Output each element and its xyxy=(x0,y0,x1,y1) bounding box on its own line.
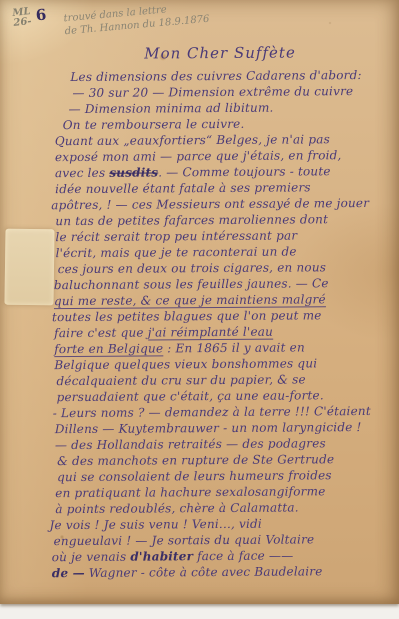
letter-text-segment: idée nouvelle étant fatale à ses premier… xyxy=(55,180,311,196)
letter-text-segment: en pratiquant la hachure sexalosangiform… xyxy=(55,484,325,500)
letter-text-segment: Les dimensions des cuivres Cadarens d'ab… xyxy=(70,68,361,84)
letter-text-segment: persuadaient que c'était, ça une eau-for… xyxy=(57,388,324,404)
letter-text-segment: baluchonnant sous les feuilles jaunes. —… xyxy=(54,276,329,292)
letter-text-segment: & des manchots en rupture de Ste Gertrud… xyxy=(57,452,334,468)
letter-text-segment: face à face —— xyxy=(193,549,293,564)
letter-text-segment: : En 1865 il y avait en xyxy=(163,340,305,355)
letter-text-segment: un tas de petites fafarces maroliennes d… xyxy=(55,212,328,228)
letter-text-segment: Quant aux „eauxfortiers“ Belges, je n'ai… xyxy=(55,132,330,148)
letter-body-lines: Les dimensions des cuivres Cadarens d'ab… xyxy=(46,67,399,581)
letter-text-segment: On te remboursera le cuivre. xyxy=(63,117,245,132)
letter-text-segment: Je vois ! Je suis venu ! Veni..., vidi xyxy=(49,517,262,532)
letter-text-segment: Dillens — Kuytembrauwer - un nom laryngi… xyxy=(55,420,362,436)
letter-text-segment: forte en Belgique xyxy=(54,341,163,357)
letter-text-segment: l'écrit, mais que je te raconterai un de xyxy=(56,244,297,260)
letter-text-segment: engueulavi ! — Je sortais du quai Voltai… xyxy=(54,532,315,548)
letter-paper: ML 26- 6 trouvé dans la lettre de Th. Ha… xyxy=(0,0,399,604)
letter-text-segment: de — xyxy=(52,566,85,580)
letter-text-segment: Wagner - côte à côte avec Baudelaire xyxy=(85,564,323,580)
letter-line: apôtres, ! — ces Messieurs ont essayé de… xyxy=(47,195,396,213)
letter-line: de — Wagner - côte à côte avec Baudelair… xyxy=(50,563,399,581)
letter-text-segment: d'habiter xyxy=(130,549,193,563)
catalog-pencil-line2: 26- xyxy=(13,17,32,29)
letter-text-segment: faire c'est que xyxy=(54,326,148,341)
letter-body: Mon Cher Suffète Les dimensions des cuiv… xyxy=(46,43,399,581)
letter-text-segment: . — Comme toujours - toute xyxy=(158,164,331,179)
letter-text-segment: où je venais xyxy=(52,550,131,565)
salutation: Mon Cher Suffète xyxy=(46,43,395,63)
letter-line: — 30 sur 20 — Dimension extrême du cuivr… xyxy=(46,83,395,101)
catalog-number: ML 26- 6 xyxy=(12,7,32,29)
letter-text-segment: — 30 sur 20 — Dimension extrême du cuivr… xyxy=(72,84,353,100)
letter-text-segment: à points redoublés, chère à Calamatta. xyxy=(55,500,298,516)
letter-scan: { "page": { "kind": "handwritten manuscr… xyxy=(0,0,399,619)
letter-text-segment: le récit serait trop peu intéressant par xyxy=(55,228,297,244)
letter-text-segment: susdits xyxy=(109,165,158,179)
letter-text-segment: avec les xyxy=(55,166,109,180)
letter-text-segment: qui se consolaient de leurs humeurs froi… xyxy=(57,468,332,484)
pencil-annotation: trouvé dans la lettre de Th. Hannon du 1… xyxy=(63,0,210,38)
letter-text-segment: — Dimension minima ad libitum. xyxy=(69,101,274,116)
letter-text-segment: Belgique quelques vieux bonshommes qui xyxy=(54,356,317,372)
letter-text-segment: ces jours en deux ou trois cigares, en n… xyxy=(58,260,326,276)
letter-line: Dillens — Kuytembrauwer - un nom laryngi… xyxy=(49,419,398,437)
letter-text-segment: décalquaient du cru sur du papier, & se xyxy=(56,372,305,388)
letter-text-segment: - Leurs noms ? — demandez à la terre !!!… xyxy=(53,404,371,420)
letter-text-segment: apôtres, ! — ces Messieurs ont essayé de… xyxy=(51,196,369,212)
letter-text-segment: j'ai réimplanté l'eau xyxy=(148,325,273,341)
catalog-ink-number: 6 xyxy=(35,9,46,20)
letter-text-segment: — des Hollandais retraités — des podagre… xyxy=(55,436,326,452)
letter-text-segment: toutes les petites blagues que l'on peut… xyxy=(52,308,322,324)
letter-text-segment: exposé mon ami — parce que j'étais, en f… xyxy=(55,148,342,164)
